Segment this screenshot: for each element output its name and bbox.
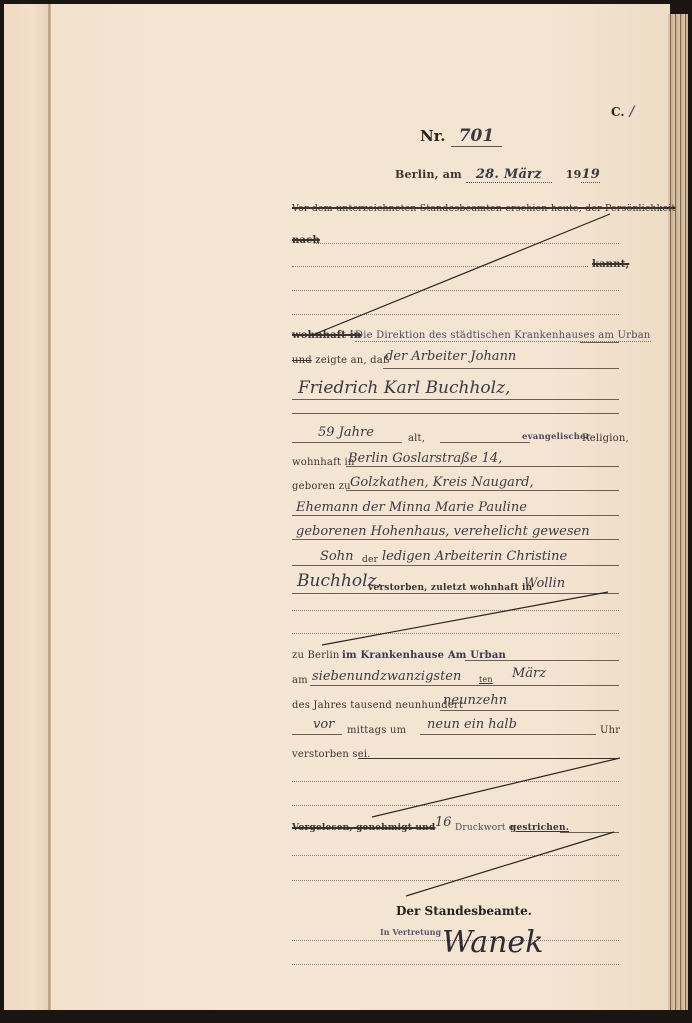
day-label: am — [292, 675, 308, 686]
place-label: Berlin, am — [395, 168, 462, 181]
struck-nach: nach — [292, 235, 320, 246]
fill-line — [292, 399, 619, 400]
year-handwritten: neunzehn — [443, 693, 507, 708]
closing-line — [358, 758, 619, 759]
fill-line — [465, 660, 619, 661]
time-label: mittags um — [347, 725, 406, 736]
day-handwritten: siebenundzwanzigsten — [312, 669, 461, 684]
fill-line — [292, 565, 619, 566]
struck-read-approved: Vorgelesen, genehmigt und — [292, 823, 435, 833]
struck-kannt: kannt, — [592, 259, 629, 270]
year-suffix: 19 — [581, 167, 600, 183]
fill-line — [440, 710, 619, 711]
blank-line — [292, 266, 588, 267]
spouse-line-2: geborenen Hohenhaus, verehelicht gewesen — [296, 524, 590, 539]
struck-wohnhaft: wohnhaft in — [292, 330, 361, 341]
parents-printed: verstorben, zuletzt wohnhaft in — [368, 583, 532, 593]
blank-line — [314, 243, 619, 244]
number-value: 701 — [451, 126, 503, 147]
informant-stamp: Die Direktion des städtischen Krankenhau… — [355, 330, 651, 342]
record-number: Nr. 701 — [420, 126, 502, 146]
blank-line — [580, 342, 619, 343]
age-handwritten: 59 Jahre — [318, 425, 374, 440]
parents-print: der — [362, 555, 378, 565]
blank-line — [292, 633, 619, 634]
correction-count: 16 — [435, 815, 452, 830]
month-handwritten: März — [512, 666, 546, 681]
left-page-edge — [4, 4, 50, 1010]
fill-line — [383, 368, 619, 369]
spouse-line: Ehemann der Minna Marie Pauline — [296, 500, 527, 515]
corner-mark: C. / — [611, 104, 635, 120]
parents-handwritten: ledigen Arbeiterin Christine — [382, 549, 567, 564]
death-place-label: zu Berlin — [292, 650, 340, 661]
fill-line — [310, 685, 619, 686]
fill-line — [292, 442, 402, 443]
birthplace-handwritten: Golzkathen, Kreis Naugard, — [350, 475, 534, 490]
blank-line — [292, 880, 619, 881]
fill-line — [292, 539, 619, 540]
place-date-line: Berlin, am 28. März 1919 — [395, 167, 600, 182]
year-prefix: 19 — [566, 168, 582, 181]
parents-prefix: Sohn — [320, 549, 353, 564]
religion-stamp: evangelischer — [522, 432, 590, 442]
fill-line — [560, 832, 619, 833]
residence-handwritten: Berlin Goslarstraße 14, — [348, 451, 502, 466]
blank-line — [292, 855, 619, 856]
fill-line — [292, 593, 619, 594]
fill-line — [292, 734, 342, 735]
parents-residence: Wollin — [524, 576, 565, 591]
day-suffix: ten — [479, 675, 493, 684]
deceased-full-name: Friedrich Karl Buchholz, — [298, 378, 510, 398]
age-label: alt, — [408, 433, 425, 444]
date-handwritten: 28. März — [466, 167, 552, 183]
deceased-occupation-name: der Arbeiter Johann — [385, 349, 516, 364]
reported-line: und zeigte an, daß — [292, 355, 390, 366]
page-stack-edges — [668, 14, 688, 1010]
blank-line — [292, 805, 619, 806]
time-suffix: Uhr — [600, 725, 620, 736]
blank-line — [292, 290, 619, 291]
registrar-signature: Wanek — [442, 925, 543, 960]
birthplace-label: geboren zu — [292, 481, 351, 492]
fill-line — [292, 515, 619, 516]
fill-line — [292, 413, 619, 414]
ampm-handwritten: vor — [313, 717, 334, 732]
fill-line — [346, 466, 619, 467]
signature-line — [292, 964, 619, 965]
religion-label: Religion, — [582, 433, 629, 444]
struck-appearance-line: Vor dem unterzeichneten Standesbeamten e… — [292, 203, 675, 214]
blank-line — [292, 610, 619, 611]
fill-line — [420, 734, 596, 735]
correction-stamp: Druckwort e — [455, 823, 514, 833]
deputy-stamp: In Vertretung — [380, 927, 441, 937]
number-label: Nr. — [420, 127, 445, 145]
fill-line — [440, 442, 530, 443]
time-handwritten: neun ein halb — [427, 717, 517, 732]
year-label: des Jahres tausend neunhundert — [292, 700, 463, 711]
fill-line — [346, 490, 619, 491]
registrar-title: Der Standesbeamte. — [396, 904, 532, 918]
blank-line — [292, 314, 619, 315]
blank-line — [292, 781, 619, 782]
